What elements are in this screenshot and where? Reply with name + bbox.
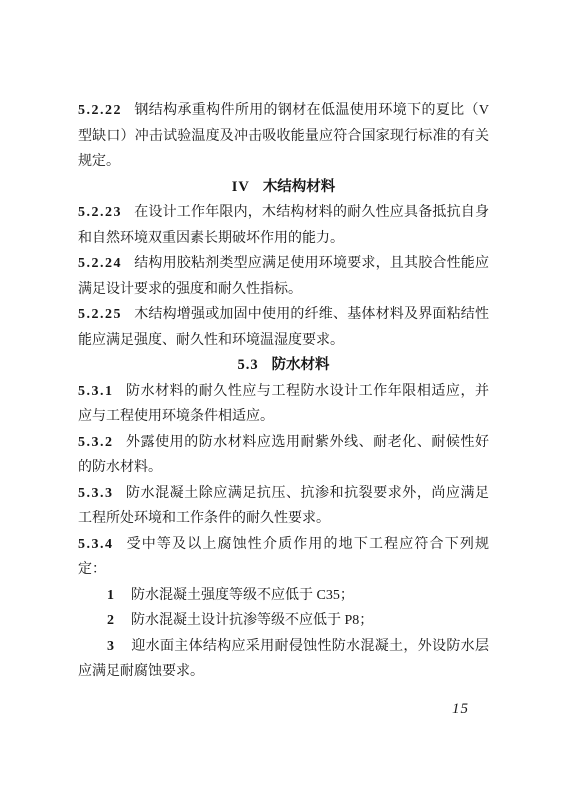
clause-number: 5.3.1 [78, 384, 114, 399]
clause-5-3-1: 5.3.1防水材料的耐久性应与工程防水设计工作年限相适应，并应与工程使用环境条件… [78, 379, 489, 430]
section-heading-number: 5.3 [237, 357, 258, 373]
clause-number: 5.3.2 [78, 435, 114, 450]
clause-text: 防水材料的耐久性应与工程防水设计工作年限相适应，并应与工程使用环境条件相适应。 [78, 384, 489, 425]
list-item-1: 1防水混凝土强度等级不应低于 C35； [78, 583, 489, 609]
clause-text: 防水混凝土除应满足抗压、抗渗和抗裂要求外，尚应满足工程所处环境和工作条件的耐久性… [78, 486, 489, 527]
clause-text: 木结构增强或加固中使用的纤维、基体材料及界面粘结性能应满足强度、耐久性和环境温湿… [78, 307, 489, 348]
document-page: 5.2.22钢结构承重构件所用的钢材在低温使用环境下的夏比（V 型缺口）冲击试验… [0, 0, 561, 804]
list-item-number: 2 [107, 613, 114, 628]
list-item-text: 防水混凝土设计抗渗等级不应低于 P8； [131, 613, 373, 628]
clause-5-2-25: 5.2.25木结构增强或加固中使用的纤维、基体材料及界面粘结性能应满足强度、耐久… [78, 302, 489, 353]
clause-5-2-22: 5.2.22钢结构承重构件所用的钢材在低温使用环境下的夏比（V 型缺口）冲击试验… [78, 98, 489, 175]
clause-number: 5.2.25 [78, 307, 122, 322]
section-heading-title: 防水材料 [272, 357, 330, 373]
section-heading-wood-materials: IV木结构材料 [78, 175, 489, 201]
section-heading-waterproof-materials: 5.3防水材料 [78, 353, 489, 379]
clause-text: 钢结构承重构件所用的钢材在低温使用环境下的夏比（V 型缺口）冲击试验温度及冲击吸… [78, 103, 489, 169]
clause-text: 受中等及以上腐蚀性介质作用的地下工程应符合下列规定： [78, 537, 489, 578]
section-heading-title: 木结构材料 [263, 179, 336, 195]
clause-number: 5.3.4 [78, 537, 114, 552]
list-item-3: 3迎水面主体结构应采用耐侵蚀性防水混凝土，外设防水层应满足耐腐蚀要求。 [78, 634, 489, 685]
list-item-number: 3 [107, 639, 114, 654]
clause-number: 5.2.22 [78, 103, 122, 118]
section-heading-number: IV [232, 179, 250, 195]
clause-text: 外露使用的防水材料应选用耐紫外线、耐老化、耐候性好的防水材料。 [78, 435, 489, 476]
clause-5-2-24: 5.2.24结构用胶粘剂类型应满足使用环境要求，且其胶合性能应满足设计要求的强度… [78, 251, 489, 302]
list-item-text: 迎水面主体结构应采用耐侵蚀性防水混凝土，外设防水层应满足耐腐蚀要求。 [78, 639, 489, 680]
clause-number: 5.3.3 [78, 486, 114, 501]
clause-number: 5.2.24 [78, 256, 122, 271]
list-item-text: 防水混凝土强度等级不应低于 C35； [131, 588, 354, 603]
clause-5-3-3: 5.3.3防水混凝土除应满足抗压、抗渗和抗裂要求外，尚应满足工程所处环境和工作条… [78, 481, 489, 532]
clause-number: 5.2.23 [78, 205, 122, 220]
clause-5-3-4: 5.3.4受中等及以上腐蚀性介质作用的地下工程应符合下列规定： [78, 532, 489, 583]
page-body-text: 5.2.22钢结构承重构件所用的钢材在低温使用环境下的夏比（V 型缺口）冲击试验… [78, 98, 489, 685]
clause-text: 在设计工作年限内，木结构材料的耐久性应具备抵抗自身和自然环境双重因素长期破坏作用… [78, 205, 489, 246]
clause-5-3-2: 5.3.2外露使用的防水材料应选用耐紫外线、耐老化、耐候性好的防水材料。 [78, 430, 489, 481]
list-item-2: 2防水混凝土设计抗渗等级不应低于 P8； [78, 608, 489, 634]
page-number: 15 [452, 701, 469, 718]
clause-text: 结构用胶粘剂类型应满足使用环境要求，且其胶合性能应满足设计要求的强度和耐久性指标… [78, 256, 489, 297]
list-item-number: 1 [107, 588, 114, 603]
clause-5-2-23: 5.2.23在设计工作年限内，木结构材料的耐久性应具备抵抗自身和自然环境双重因素… [78, 200, 489, 251]
